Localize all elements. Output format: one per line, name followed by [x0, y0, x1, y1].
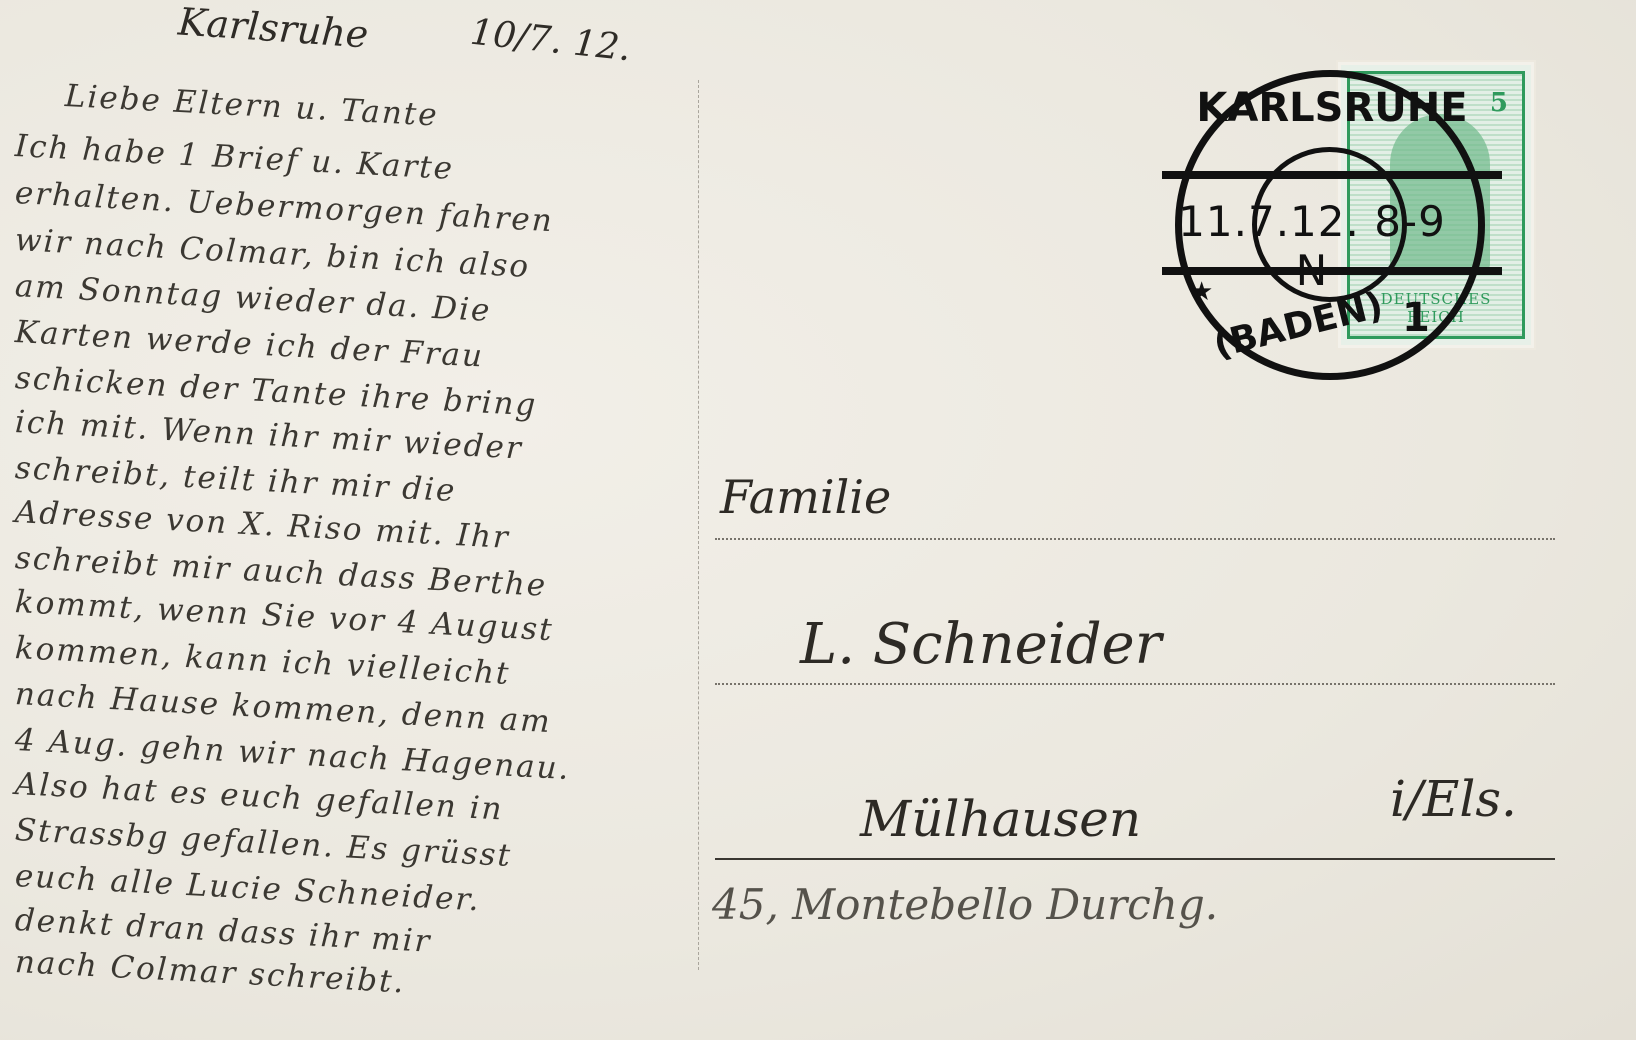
- postmark-cancel: KARLSRUHE 11.7.12. 8-9 N ★ (BADEN) 1: [1175, 70, 1485, 380]
- address-name: L. Schneider: [800, 612, 1161, 677]
- postcard-back: Karlsruhe 10/7. 12. Liebe Eltern u. Tant…: [0, 0, 1636, 1040]
- stamp-value: 5: [1490, 88, 1508, 118]
- address-rule: [715, 858, 1555, 860]
- postmark-date-band: 11.7.12. 8-9 N: [1162, 171, 1502, 275]
- address-rule: [715, 538, 1555, 540]
- star-icon: ★: [1190, 277, 1213, 307]
- postmark-city: KARLSRUHE: [1182, 85, 1482, 131]
- address-rule: [715, 683, 1555, 685]
- address-region: i/Els.: [1390, 770, 1517, 828]
- address-street: 45, Montebello Durchg.: [712, 880, 1218, 929]
- address-family: Familie: [720, 470, 891, 524]
- postmark-office-number: 1: [1402, 295, 1430, 341]
- address-city: Mülhausen: [860, 790, 1141, 848]
- postmark-date: 11.7.12. 8-9 N: [1172, 197, 1452, 295]
- place-name: Karlsruhe: [177, 0, 370, 57]
- letter-date: 10/7. 12.: [468, 12, 632, 70]
- postmark-region: (BADEN): [1210, 285, 1388, 367]
- message-line: Liebe Eltern u. Tante: [64, 78, 439, 134]
- center-divider-line: [698, 80, 699, 970]
